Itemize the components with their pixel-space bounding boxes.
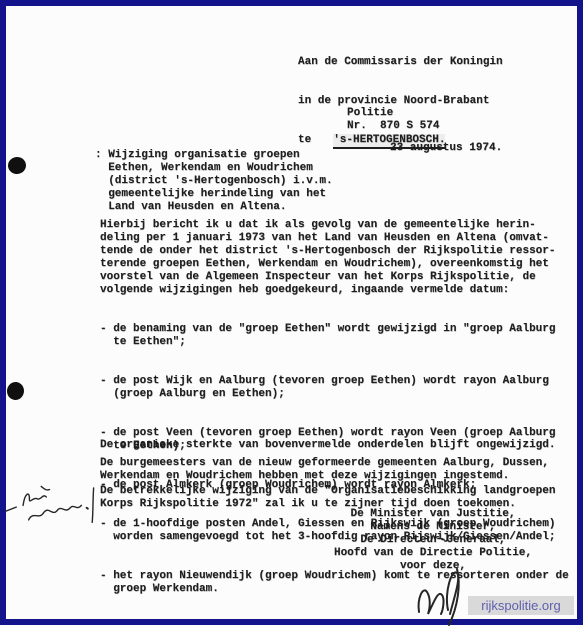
subject-block: : Wijziging organisatie groepen Eethen, … xyxy=(95,149,333,214)
letter-date: 23 augustus 1974. xyxy=(390,142,502,155)
paragraph-strength: De organieke sterkte van bovenvermelde o… xyxy=(100,439,555,452)
bullet-item: - de benaming van de "groep Eethen" word… xyxy=(100,323,569,349)
punch-hole-bottom xyxy=(6,381,25,401)
reference-block: Politie Nr. 870 S 574 xyxy=(347,107,439,133)
bullet-item: - het rayon Nieuwendijk (groep Woudriche… xyxy=(100,570,569,596)
bullet-item: - de post Wijk en Aalburg (tevoren groep… xyxy=(100,375,569,401)
scanned-letter-page: Aan de Commissaris der Koningin in de pr… xyxy=(0,0,583,628)
handwritten-margin-note xyxy=(0,467,111,540)
paragraph-mayors: De burgemeesters van de nieuw geformeerd… xyxy=(100,457,549,483)
signature-scribble xyxy=(405,560,485,626)
punch-hole-top xyxy=(7,156,27,175)
recipient-city-prefix: te xyxy=(298,134,311,146)
intro-paragraph: Hierbij bericht ik u dat ik als gevolg v… xyxy=(100,219,555,297)
recipient-line-1: Aan de Commissaris der Koningin xyxy=(298,56,503,69)
watermark-credit: rijkspolitie.org xyxy=(468,596,574,615)
